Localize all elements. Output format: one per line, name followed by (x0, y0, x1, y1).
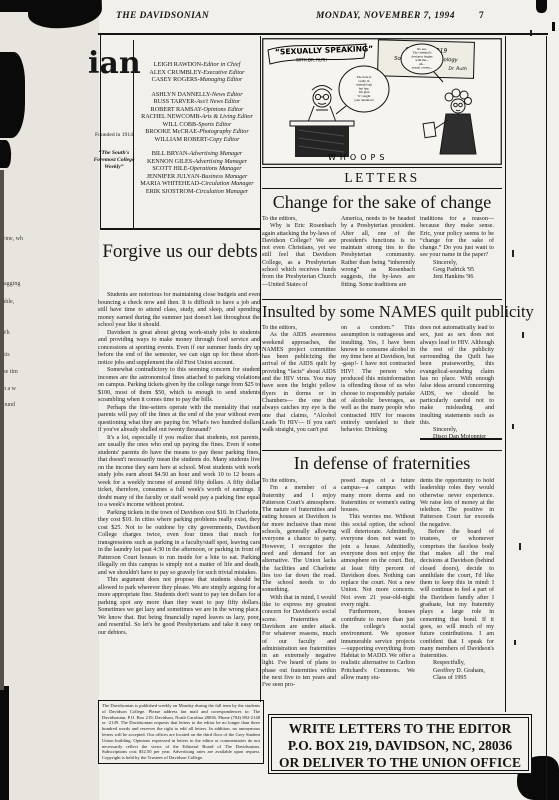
staff-group: LEIGH RAWDON-Editor in ChiefALEX CRUMBLE… (136, 61, 258, 84)
letter-headline: Insulted by some NAMES quilt publicity (262, 302, 502, 322)
write-letters-line-3: OR DELIVER TO THE UNION OFFICE (272, 754, 528, 771)
staff-group: BILL BRYAN-Advertising ManagerKENNON GIL… (136, 150, 258, 195)
staff-member: ROBERT RAMSAY-Opinions Editor (136, 106, 258, 114)
letter-paragraph: Before the board of trustees, or whomeve… (420, 529, 494, 660)
letter-columns: To the editors,Why is Eric Rosenbach aga… (262, 216, 502, 300)
banner-subtext: WITH DR. RUTH (296, 58, 327, 63)
staff-name: LEIGH RAWDON (154, 61, 201, 68)
letter-paragraph: To the editors, (262, 216, 336, 223)
staff-name: ERIK SJOSTROM (146, 188, 194, 195)
scan-speck (522, 332, 524, 338)
write-letters-box-inner: WRITE LETTERS TO THE EDITOR P.O. BOX 219… (271, 717, 529, 771)
staff-member: RACHEL NEWCOMB-Arts & Living Editor (136, 113, 258, 121)
letter-paragraph: As the AIDS awareness weekend approaches… (262, 332, 336, 434)
letter-paragraph: I'm a member of a fraternity and I enjoy… (262, 485, 336, 594)
scan-artifact (0, 686, 9, 800)
letter-paragraph: Furthermore, houses contribute to more t… (341, 609, 415, 682)
staff-member: RUSS TARVER-Ass't News Editor (136, 98, 258, 106)
letter-paragraph: does not automatically lead to sex, just… (420, 325, 494, 427)
center-column-rule (260, 36, 261, 702)
paragraph: This argument does not propose that stud… (98, 577, 260, 637)
letter-paragraph: posed maps of a future campus—a campus w… (341, 478, 415, 514)
signature-line: Sincerely, (420, 427, 494, 434)
staff-name: SCOTT HILE (152, 165, 187, 172)
nameplate-fragment: ian (88, 46, 141, 81)
issue-date: MONDAY, NOVEMBER 7, 1994 (316, 11, 455, 21)
editorial-cartoon: “SEXUALLY SPEAKING” WITH DR. RUTH Sociol… (262, 38, 502, 165)
write-letters-box: WRITE LETTERS TO THE EDITOR P.O. BOX 219… (268, 714, 532, 774)
letter-paragraph: To the editors, (262, 325, 336, 332)
write-letters-line-1: WRITE LETTERS TO THE EDITOR (272, 720, 528, 737)
letter-paragraph: on a condom.” This assumption is outrage… (341, 325, 415, 434)
staff-member: BILL BRYAN-Advertising Manager (136, 150, 258, 158)
publication-info-box: The Davidsonian is published weekly on M… (98, 700, 264, 764)
letter-paragraph: traditions for a reason—because they mak… (420, 216, 494, 260)
paragraph: It's a lot, especially if you realize th… (98, 435, 260, 510)
staff-title: Sports Editor (198, 121, 231, 128)
staff-name: ROBERT RAMSAY (151, 106, 202, 113)
letters-rule-top (262, 167, 502, 168)
scan-artifact (0, 52, 25, 138)
letter-column: on a condom.” This assumption is outrage… (341, 325, 415, 434)
staff-title: Photography Editor (199, 128, 249, 135)
right-rule-2 (546, 36, 547, 800)
podium (290, 121, 354, 157)
staff-title: Business Manager (202, 173, 248, 180)
paragraph: Students are notorious for maintaining c… (98, 292, 260, 330)
letter-paragraph: dents the opportunity to hold leadership… (420, 478, 494, 529)
signature-line: Class of 1995 (420, 675, 494, 682)
letters-heading: LETTERS (262, 170, 502, 186)
board-line-3: Dr. Ruth (448, 66, 467, 72)
staff-name: CASEY ROGERS (152, 76, 198, 83)
scan-artifact (536, 0, 547, 13)
staff-member: JENNIFER JULYAN-Business Manager (136, 173, 258, 181)
scan-speck (512, 250, 514, 257)
staff-name: ASHLYN DANNELLY (151, 91, 209, 98)
staff-name: RUSS TARVER (154, 98, 195, 105)
letters-rule-bottom (262, 188, 502, 189)
staff-name: WILL COBB (163, 121, 197, 128)
letter-column: dents the opportunity to hold leadership… (420, 478, 494, 682)
letter-change-for-change: Change for the sake of change To the edi… (262, 192, 502, 300)
bubble-right-line: sexual conten... (412, 66, 433, 70)
letter-columns: To the editors,I'm a member of a fratern… (262, 478, 502, 702)
staff-title: Ass't News Editor (196, 98, 240, 105)
paragraph: Davidson is great about giving work-stud… (98, 330, 260, 368)
staff-group: ASHLYN DANNELLY-News EditorRUSS TARVER-A… (136, 91, 258, 144)
staff-title: Advertising Manager (190, 150, 243, 157)
staff-name: RACHEL NEWCOMB (141, 113, 199, 120)
letter-column: To the editors,I'm a member of a fratern… (262, 478, 336, 690)
scan-speck (514, 640, 516, 645)
staff-member: WILLIAM ROBERT-Copy Editor (136, 136, 258, 144)
staff-list: LEIGH RAWDON-Editor in ChiefALEX CRUMBLE… (136, 61, 258, 202)
paragraph: Parking tickets in the town of Davidson … (98, 510, 260, 578)
staff-member: ASHLYN DANNELLY-News Editor (136, 91, 258, 99)
letter-column: To the editors,Why is Eric Rosenbach aga… (262, 216, 336, 289)
letter-column: America, needs to be headed by a Presbyt… (341, 216, 415, 289)
staff-title: Circulation Manager (196, 188, 249, 195)
section-rule (262, 450, 502, 451)
letter-headline: In defense of fraternities (262, 453, 502, 474)
scan-speck (512, 424, 514, 429)
letter-defense-fraternities: In defense of fraternities To the editor… (262, 453, 502, 702)
staff-title: Operations Manager (190, 165, 242, 172)
staff-title: Editor in Chief (203, 61, 240, 68)
whoops-caption: WHOOPS (328, 153, 388, 162)
staff-name: ALEX CRUMBLEY (149, 69, 201, 76)
staff-name: KENNON GILES (147, 158, 192, 165)
newspaper-page-scan: tables,folks aad inIt cawine, whnaggingt… (0, 0, 559, 800)
staff-title: Opinions Editor (203, 106, 243, 113)
masthead-bottom-rule (100, 228, 260, 230)
staff-title: Advertising Manager (194, 158, 247, 165)
staff-title: Arts & Living Editor (202, 113, 253, 120)
signature-line: Jeni Hankins '96 (420, 274, 494, 281)
letter-paragraph: America, needs to be headed by a Presbyt… (341, 216, 415, 289)
letter-column: traditions for a reason—because they mak… (420, 216, 494, 282)
letter-end-rule (420, 438, 502, 440)
edge-text-fragment: wine, wh (1, 236, 23, 242)
section-rule (262, 299, 502, 300)
header-rule (98, 33, 548, 35)
staff-name: JENNIFER JULYAN (147, 173, 200, 180)
scan-speck (519, 543, 521, 550)
right-rule-1 (505, 36, 506, 712)
motto-line: “The South's Foremost College Weekly” (89, 150, 139, 171)
staff-member: CASEY ROGERS-Managing Editor (136, 76, 258, 84)
staff-member: BROOKE McCRAE-Photography Editor (136, 128, 258, 136)
letter-paragraph: This worries me. Without this social opt… (341, 514, 415, 609)
letter-names-quilt: Insulted by some NAMES quilt publicity T… (262, 302, 502, 451)
staff-name: WILLIAM ROBERT (155, 136, 208, 143)
staff-member: ALEX CRUMBLEY-Executive Editor (136, 69, 258, 77)
scan-artifact (552, 22, 555, 31)
write-letters-line-2: P.O. BOX 219, DAVIDSON, NC, 28036 (272, 737, 528, 754)
editorial-body: Students are notorious for maintaining c… (98, 292, 260, 698)
signature-line: Respectfully, (420, 660, 494, 667)
letter-paragraph: Why is Eric Rosenbach again attacking th… (262, 223, 336, 289)
letter-paragraph: With that in mind, I would like to expre… (262, 595, 336, 690)
staff-name: MARIA WHITEHEAD (140, 180, 199, 187)
staff-member: MARIA WHITEHEAD-Circulation Manager (136, 180, 258, 188)
paper-name: THE DAVIDSONIAN (116, 11, 209, 21)
staff-title: Executive Editor (203, 69, 244, 76)
signature-line: Geoffrey D. Graham, (420, 668, 494, 675)
staff-member: ERIK SJOSTROM-Circulation Manager (136, 188, 258, 196)
staff-title: Copy Editor (209, 136, 239, 143)
scan-artifact (0, 0, 34, 12)
staff-title: News Editor (212, 91, 243, 98)
letter-column: To the editors,As the AIDS awareness wee… (262, 325, 336, 434)
letter-column: does not automatically lead to sex, just… (420, 325, 494, 442)
staff-member: SCOTT HILE-Operations Manager (136, 165, 258, 173)
scan-artifact (0, 140, 11, 168)
signature-line: Greg Padrick '95 (420, 267, 494, 274)
editorial-headline: Forgive us our debts (100, 241, 260, 263)
paragraph: Somewhat contradictory to this seeming c… (98, 367, 260, 405)
letter-column: posed maps of a future campus—a campus w… (341, 478, 415, 682)
page-number: 7 (479, 11, 484, 21)
paragraph: Perhaps the fine-setters operate with th… (98, 405, 260, 435)
scan-artifact (0, 170, 4, 690)
staff-title: Circulation Manager (201, 180, 254, 187)
staff-member: LEIGH RAWDON-Editor in Chief (136, 61, 258, 69)
founded-line: Founded in 1914 (90, 132, 138, 138)
letter-headline: Change for the sake of change (262, 192, 502, 213)
staff-name: BROOKE McCRAE (145, 128, 197, 135)
letter-columns: To the editors,As the AIDS awareness wee… (262, 325, 502, 451)
signature-line: Sincerely, (420, 260, 494, 267)
bubble-left-line: your attention! (354, 98, 374, 102)
staff-member: KENNON GILES-Advertising Manager (136, 158, 258, 166)
letters-section: “SEXUALLY SPEAKING” WITH DR. RUTH Sociol… (262, 36, 502, 702)
staff-title: Managing Editor (200, 76, 243, 83)
staff-name: BILL BRYAN (152, 150, 188, 157)
staff-member: WILL COBB-Sports Editor (136, 121, 258, 129)
